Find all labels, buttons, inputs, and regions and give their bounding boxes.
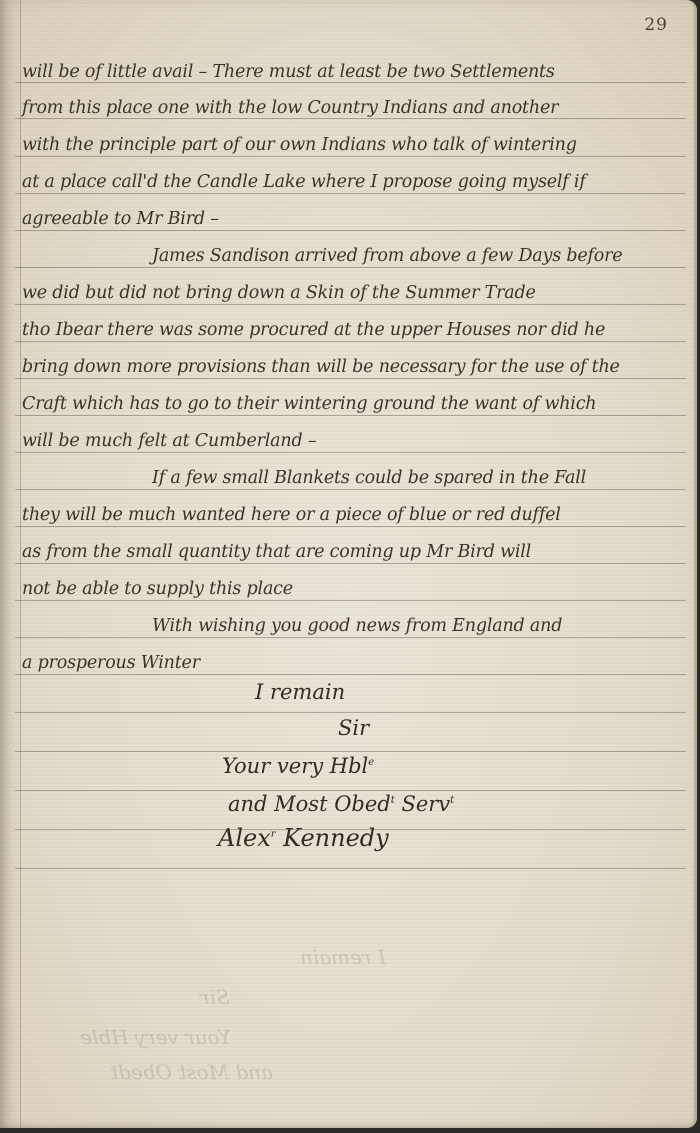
ruled-line [15, 868, 686, 869]
signature: Alexr Kennedy [218, 824, 389, 852]
ruled-line [15, 230, 686, 231]
bleed-through-text: Sir [200, 985, 230, 1009]
signature-first: Alex [218, 824, 271, 852]
ruled-line [15, 415, 686, 416]
letter-line: as from the small quantity that are comi… [22, 541, 680, 563]
ruled-line [15, 674, 686, 675]
letter-line: not be able to supply this place [22, 578, 680, 600]
ruled-line [15, 452, 686, 453]
ruled-line [15, 341, 686, 342]
closing-line-2-end: Serv [395, 792, 450, 816]
ruled-line [15, 378, 686, 379]
letter-line: at a place call'd the Candle Lake where … [22, 171, 680, 193]
letter-line: agreeable to Mr Bird – [22, 208, 680, 230]
margin-line [20, 0, 21, 1128]
ruled-line [15, 563, 686, 564]
letter-line: they will be much wanted here or a piece… [22, 504, 680, 526]
closing-salutation: Sir [338, 716, 369, 740]
letter-line: will be much felt at Cumberland – [22, 430, 680, 452]
bleed-through-text: and Most Obedt [110, 1060, 273, 1084]
ruled-line [15, 637, 686, 638]
letter-line: tho Ibear there was some procured at the… [22, 319, 680, 341]
letter-line: with the principle part of our own India… [22, 134, 680, 156]
ruled-line [15, 751, 686, 752]
bleed-through-text: Your very Hble [80, 1025, 231, 1049]
letter-line: we did but did not bring down a Skin of … [22, 282, 680, 304]
ruled-line [15, 790, 686, 791]
closing-remain: I remain [255, 680, 345, 704]
ruled-line [15, 526, 686, 527]
letter-line: from this place one with the low Country… [22, 97, 680, 119]
letter-line: bring down more provisions than will be … [22, 356, 680, 378]
closing-line-2-end-sup: t [450, 795, 454, 806]
letter-line: will be of little avail – There must at … [22, 61, 680, 83]
ruled-line [15, 193, 686, 194]
ruled-line [15, 489, 686, 490]
ruled-line [15, 712, 686, 713]
closing-line-2-text: and Most Obed [228, 792, 391, 816]
letter-line: James Sandison arrived from above a few … [22, 245, 680, 267]
signature-surname: Kennedy [276, 824, 389, 852]
bleed-through-text: I remain [300, 945, 386, 969]
closing-line-1-text: Your very Hbl [222, 754, 368, 778]
ruled-line [15, 600, 686, 601]
page-number: 29 [644, 15, 668, 35]
ruled-line [15, 267, 686, 268]
letter-line: Craft which has to go to their wintering… [22, 393, 680, 415]
closing-line-1: Your very Hble [222, 754, 374, 778]
letter-line: With wishing you good news from England … [22, 615, 680, 637]
ruled-line [15, 304, 686, 305]
manuscript-page: 29 will be of little avail – There must … [0, 0, 697, 1128]
letter-line: a prosperous Winter [22, 652, 680, 674]
closing-line-1-sup: e [368, 757, 374, 768]
closing-line-2: and Most Obedt Servt [228, 792, 454, 816]
ruled-line [15, 156, 686, 157]
letter-line: If a few small Blankets could be spared … [22, 467, 680, 489]
